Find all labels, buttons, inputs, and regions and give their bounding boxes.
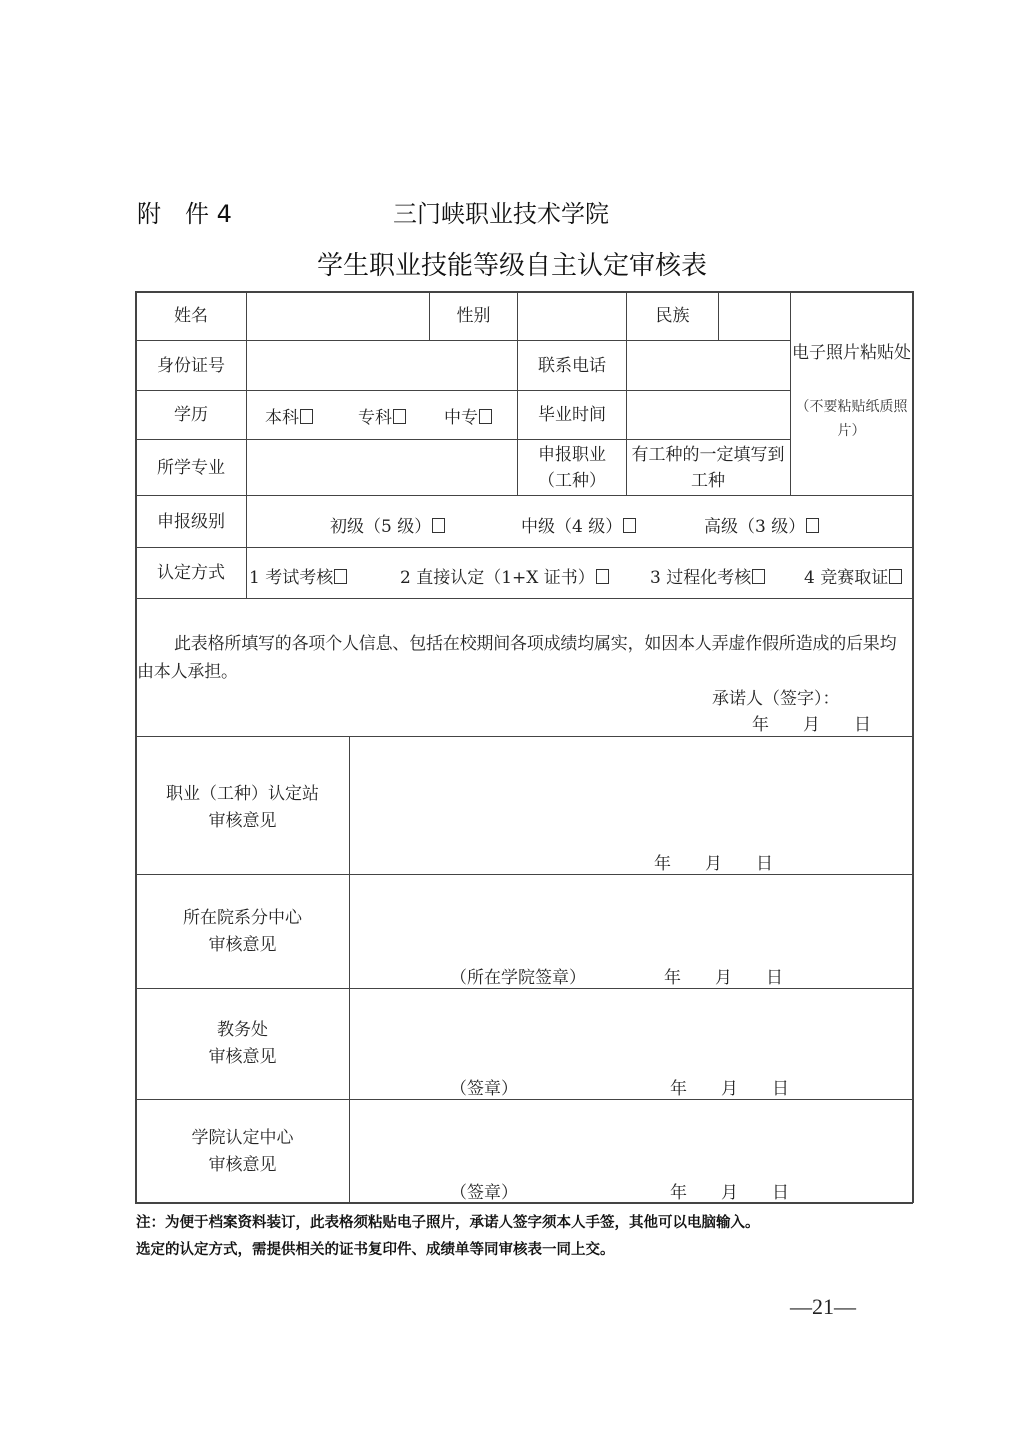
photo-note: （不要粘贴纸质照片） [795,395,908,443]
footer-note-line2: 选定的认定方式，需提供相关的证书复印件、成绩单等同审核表一同上交。 [136,1238,615,1259]
id-label: 身份证号 [136,341,246,390]
review-label-line1: 学院认定中心 [136,1125,349,1152]
attachment-label: 附 件 4 [137,194,232,229]
checkbox-icon[interactable] [432,518,445,533]
level-label: 申报级别 [136,496,246,547]
review-academic-affairs: 教务处 审核意见 [136,989,349,1099]
review-certification-center: 学院认定中心 审核意见 [136,1100,349,1202]
review-academic-affairs-date: 年 月 日 [670,1074,789,1099]
graduation-field[interactable] [627,391,790,439]
ethnicity-field[interactable] [719,291,790,340]
occupation-label: 申报职业（工种） [528,440,616,495]
checkbox-icon[interactable] [393,409,406,424]
graduation-label: 毕业时间 [518,391,626,439]
method-option-competition[interactable]: 4 竞赛取证 [804,563,902,588]
phone-label: 联系电话 [518,341,626,390]
occupation-field[interactable]: 有工种的一定填写到工种 [629,440,787,495]
checkbox-icon[interactable] [334,569,347,584]
gender-field[interactable] [518,291,626,340]
review-academic-affairs-field[interactable] [350,989,912,1099]
photo-area[interactable]: 电子照片粘贴处 （不要粘贴纸质照片） [791,292,912,495]
page-number: —21— [790,1294,856,1320]
major-label: 所学专业 [136,440,246,495]
review-certification-center-field[interactable] [350,1100,912,1202]
checkbox-icon[interactable] [300,409,313,424]
review-academic-affairs-stamp: （签章） [450,1074,518,1099]
method-label: 认定方式 [136,548,246,598]
level-option-advanced[interactable]: 高级（3 级） [704,512,819,537]
form-title: 学生职业技能等级自主认定审核表 [317,245,707,282]
review-station-date: 年 月 日 [654,849,773,874]
level-option-primary[interactable]: 初级（5 级） [330,512,445,537]
name-field[interactable] [247,291,429,340]
checkbox-icon[interactable] [623,518,636,533]
review-label-line2: 审核意见 [136,932,349,959]
education-label: 学历 [136,391,246,439]
pledge-text: 此表格所填写的各项个人信息、包括在校期间各项成绩均属实，如因本人弄虚作假所造成的… [137,630,912,686]
institution-name: 三门峡职业技术学院 [393,194,609,229]
method-option-process[interactable]: 3 过程化考核 [650,563,765,588]
name-label: 姓名 [136,291,246,340]
review-certification-center-stamp: （签章） [450,1178,518,1203]
education-option-bachelor[interactable]: 本科 [265,403,313,428]
review-department-date: 年 月 日 [664,963,783,988]
checkbox-icon[interactable] [889,569,902,584]
review-label-line1: 职业（工种）认定站 [136,781,349,808]
education-option-associate[interactable]: 专科 [358,403,406,428]
phone-field[interactable] [627,341,790,390]
id-field[interactable] [247,341,517,390]
review-label-line2: 审核意见 [136,808,349,835]
review-label-line2: 审核意见 [136,1152,349,1179]
gender-label: 性别 [430,291,517,340]
review-label-line1: 所在院系分中心 [136,905,349,932]
level-option-intermediate[interactable]: 中级（4 级） [521,512,636,537]
method-option-exam[interactable]: 1 考试考核 [249,563,347,588]
ethnicity-label: 民族 [627,291,718,340]
review-station: 职业（工种）认定站 审核意见 [136,737,349,874]
review-certification-center-date: 年 月 日 [670,1178,789,1203]
checkbox-icon[interactable] [806,518,819,533]
photo-label: 电子照片粘贴处 [791,340,912,366]
review-department-field[interactable] [350,875,912,988]
review-department-stamp: （所在学院签章） [450,963,586,988]
method-option-direct[interactable]: 2 直接认定（1+X 证书） [400,563,609,588]
major-field[interactable] [247,440,517,495]
review-station-field[interactable] [350,737,912,874]
education-option-secondary[interactable]: 中专 [444,403,492,428]
footer-note-line1: 注：为便于档案资料装订，此表格须粘贴电子照片，承诺人签字须本人手签，其他可以电脑… [136,1211,760,1232]
review-label-line2: 审核意见 [136,1044,349,1071]
review-label-line1: 教务处 [136,1017,349,1044]
checkbox-icon[interactable] [596,569,609,584]
checkbox-icon[interactable] [752,569,765,584]
signature-field[interactable] [700,680,900,736]
review-department: 所在院系分中心 审核意见 [136,875,349,988]
checkbox-icon[interactable] [479,409,492,424]
